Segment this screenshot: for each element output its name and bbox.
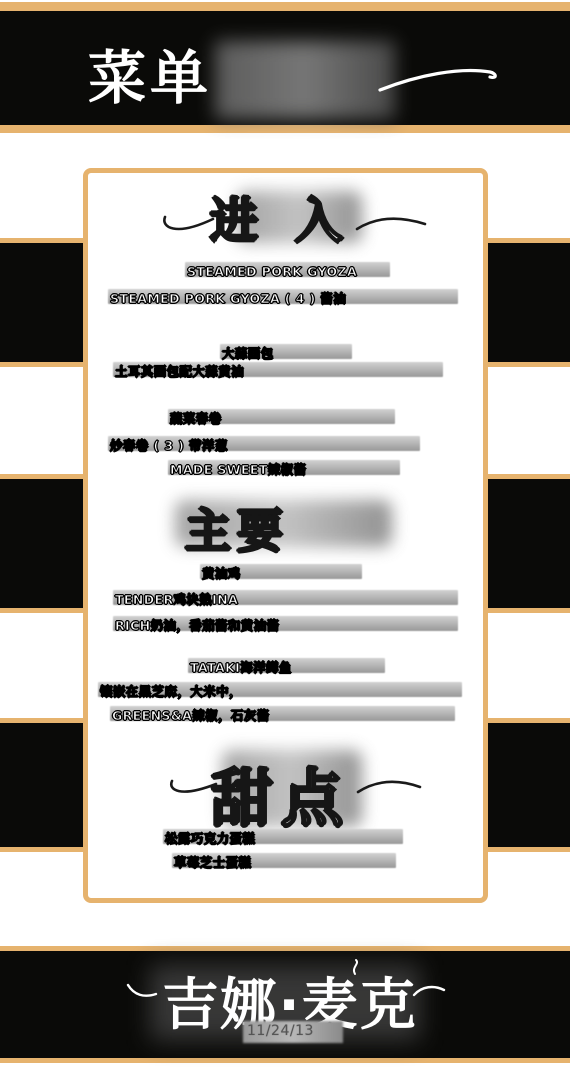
- menu-item: 大蒜面包: [220, 343, 352, 360]
- menu-item-text: 炒春卷 ( 3 ) 带洋葱: [108, 437, 228, 454]
- section-heading-desserts: 甜点: [211, 768, 351, 830]
- header-swash-icon: [378, 63, 503, 93]
- footer-swash-right-icon: [412, 982, 446, 1000]
- swash-right-icon: [356, 775, 422, 799]
- footer-date: 11/24/13: [247, 1023, 314, 1039]
- menu-item-text: 土耳其面包配大蒜黄油: [113, 363, 244, 380]
- menu-item: 蔬菜春卷: [168, 408, 395, 425]
- header-redaction-blur: [215, 41, 395, 119]
- menu-item: STEAMED PORK GYOZA ( 4 ) 酱油: [108, 288, 458, 305]
- footer-swash-left-icon: [126, 982, 158, 1002]
- page-title: 菜单: [88, 49, 212, 107]
- section-heading-entrees: 进 入: [210, 197, 353, 245]
- menu-item: 松露巧克力蛋糕: [163, 828, 403, 845]
- menu-item: TENDER鸡块熟INA: [113, 589, 458, 606]
- menu-card: 进 入 STEAMED PORK GYOZA STEAMED PORK GYOZ…: [83, 168, 488, 903]
- section-heading-mains: 主要: [185, 508, 289, 554]
- menu-item-text: STEAMED PORK GYOZA: [185, 263, 357, 280]
- menu-item: GREENS&A辣椒，石灰酱: [110, 705, 455, 722]
- menu-item-text: TATAKI海洋鳟鱼: [188, 659, 292, 676]
- menu-item: RICH奶油，番茄酱和黄油酱: [113, 615, 458, 632]
- menu-item-text: RICH奶油，番茄酱和黄油酱: [113, 617, 280, 634]
- menu-item: 黄油鸡: [200, 563, 362, 580]
- swash-left-icon: [161, 211, 216, 241]
- menu-item: 炒春卷 ( 3 ) 带洋葱: [108, 435, 420, 452]
- menu-item-text: 大蒜面包: [220, 345, 274, 362]
- footer-loop-flourish-icon: [348, 958, 362, 978]
- menu-item-text: STEAMED PORK GYOZA ( 4 ) 酱油: [108, 290, 346, 307]
- header-band: 菜单: [0, 2, 570, 133]
- menu-item: MADE SWEET辣椒酱: [168, 459, 400, 476]
- menu-item-text: MADE SWEET辣椒酱: [168, 461, 306, 478]
- menu-item: TATAKI海洋鳟鱼: [188, 657, 385, 674]
- menu-poster: 菜单 进 入 STEAMED PORK GYOZA STEAMED PORK G…: [0, 0, 570, 1069]
- menu-item: 土耳其面包配大蒜黄油: [113, 361, 443, 378]
- menu-item: 镶嵌在黑芝麻，大米中，: [98, 681, 462, 698]
- menu-item-text: 黄油鸡: [200, 565, 241, 582]
- menu-item-text: 草莓芝士蛋糕: [172, 854, 251, 871]
- menu-item: STEAMED PORK GYOZA: [185, 261, 390, 278]
- menu-item-text: 蔬菜春卷: [168, 410, 222, 427]
- menu-item: 草莓芝士蛋糕: [172, 852, 396, 869]
- menu-item-text: 松露巧克力蛋糕: [163, 830, 255, 847]
- swash-right-icon: [355, 211, 427, 235]
- menu-item-text: 镶嵌在黑芝麻，大米中，: [98, 683, 242, 700]
- menu-item-text: GREENS&A辣椒，石灰酱: [110, 707, 270, 724]
- menu-item-text: TENDER鸡块熟INA: [113, 591, 238, 608]
